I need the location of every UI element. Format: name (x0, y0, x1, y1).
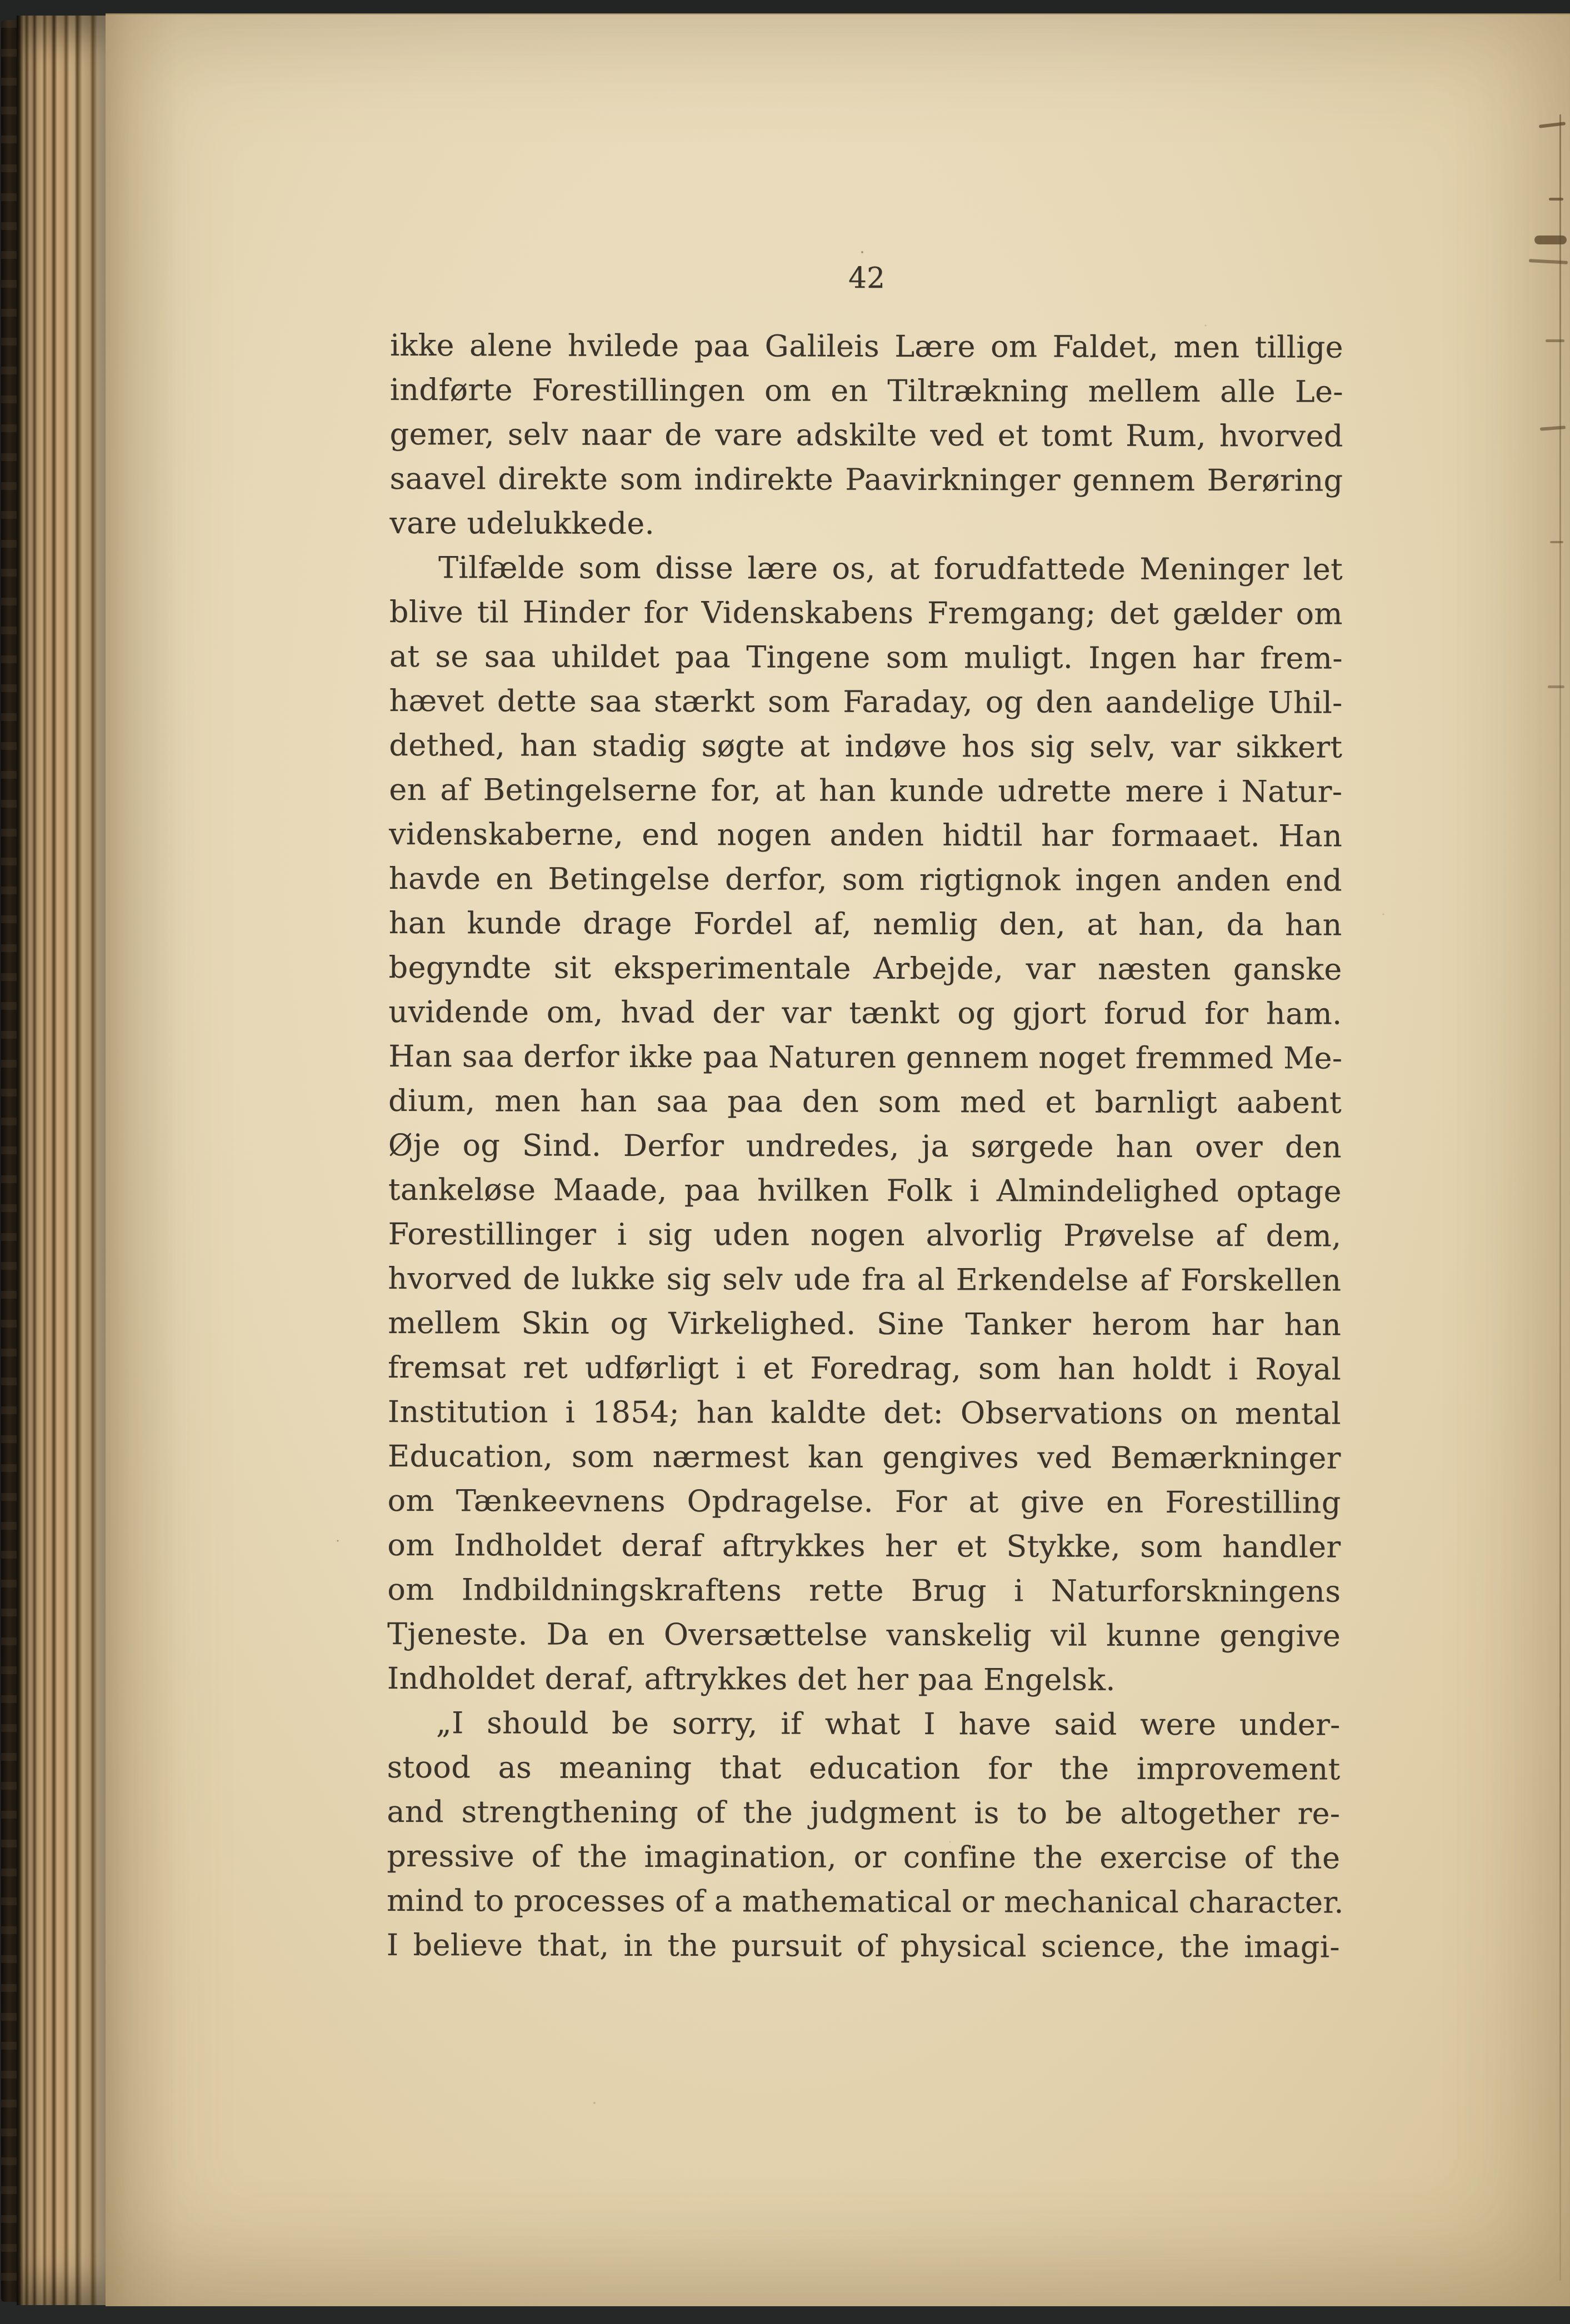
text-line: Tjeneste. Da en Oversættelse vanskelig v… (387, 1612, 1341, 1659)
text-line: I believe that, in the pursuit of physic… (387, 1923, 1340, 1970)
edge-damage-mark (1540, 425, 1566, 430)
text-line: begyndte sit eksperimentale Arbejde, var… (388, 945, 1342, 992)
book-scan: 42 ikke alene hvilede paa Galileis Lære … (0, 0, 1570, 2324)
book-scan-photo: { "colors": { "bg": "#1e201f", "paper": … (0, 0, 1570, 2324)
text-line: videnskaberne, end nogen anden hidtil ha… (389, 812, 1342, 859)
text-line: Forestillinger i sig uden nogen alvorlig… (388, 1212, 1341, 1259)
text-line: indførte Forestillingen om en Tiltræknin… (390, 368, 1343, 414)
text-line: Tilfælde som disse lære os, at forudfatt… (389, 545, 1343, 592)
text-line: Education, som nærmest kan gengives ved … (388, 1434, 1341, 1481)
text-line: dium, men han saa paa den som med et bar… (388, 1079, 1342, 1125)
text-line: mind to processes of a mathematical or m… (387, 1879, 1340, 1925)
text-line: om Indholdet deraf aftrykkes her et Styk… (387, 1523, 1341, 1570)
text-line: Øje og Sind. Derfor undredes, ja sørgede… (388, 1123, 1342, 1170)
text-line: „I should be sorry, if what I have said … (387, 1701, 1341, 1747)
text-line: ikke alene hvilede paa Galileis Lære om … (390, 323, 1343, 370)
edge-damage-mark (1534, 236, 1567, 244)
book-spine (1, 20, 18, 2302)
text-line: Institution i 1854; han kaldte det: Obse… (388, 1390, 1341, 1436)
text-line: Han saa derfor ikke paa Naturen gennem n… (388, 1034, 1342, 1081)
text-line: han kunde drage Fordel af, nemlig den, a… (389, 901, 1342, 948)
text-line: stood as meaning that education for the … (387, 1745, 1340, 1792)
page-edges-stack (17, 16, 106, 2305)
text-line: hvorved de lukke sig selv ude fra al Erk… (388, 1256, 1341, 1303)
text-line: tankeløse Maade, paa hvilken Folk i Almi… (388, 1168, 1342, 1214)
book-page: 42 ikke alene hvilede paa Galileis Lære … (106, 13, 1570, 2306)
text-line: Indholdet deraf, aftrykkes det her paa E… (387, 1656, 1341, 1703)
edge-damage-mark (1548, 685, 1564, 688)
text-line: en af Betingelserne for, at han kunde ud… (389, 768, 1342, 814)
edge-damage-mark (1546, 339, 1564, 342)
text-line: mellem Skin og Virkelighed. Sine Tanker … (388, 1301, 1341, 1348)
text-line: uvidende om, hvad der var tænkt og gjort… (388, 990, 1342, 1036)
text-line: blive til Hinder for Videnskabens Fremga… (389, 590, 1343, 637)
text-line: fremsat ret udførligt i et Foredrag, som… (388, 1345, 1341, 1392)
text-line: om Tænkeevnens Opdragelse. For at give e… (387, 1479, 1341, 1525)
edge-damage-mark (1539, 122, 1566, 128)
edge-damage-mark (1550, 541, 1563, 543)
text-line: pressive of the imagination, or confine … (387, 1834, 1340, 1881)
text-line: at se saa uhildet paa Tingene som muligt… (389, 634, 1343, 681)
page-number: 42 (390, 259, 1343, 298)
text-line: havde en Betingelse derfor, som rigtigno… (389, 857, 1342, 903)
edge-damage-mark (1549, 198, 1563, 201)
text-line: and strengthening of the judgment is to … (387, 1790, 1340, 1836)
text-line: hævet dette saa stærkt som Faraday, og d… (389, 679, 1342, 725)
edge-damage-mark (1529, 259, 1568, 264)
text-line: om Indbildningskraftens rette Brug i Nat… (387, 1567, 1341, 1614)
text-line: gemer, selv naar de vare adskilte ved et… (389, 412, 1343, 459)
text-line: dethed, han stadig søgte at indøve hos s… (389, 723, 1342, 770)
text-line: vare udelukkede. (389, 501, 1343, 548)
text-block: ikke alene hvilede paa Galileis Lære om … (387, 323, 1343, 1970)
text-line: saavel direkte som indirekte Paavirkning… (389, 457, 1343, 503)
right-edge-crease (1559, 114, 1561, 2281)
